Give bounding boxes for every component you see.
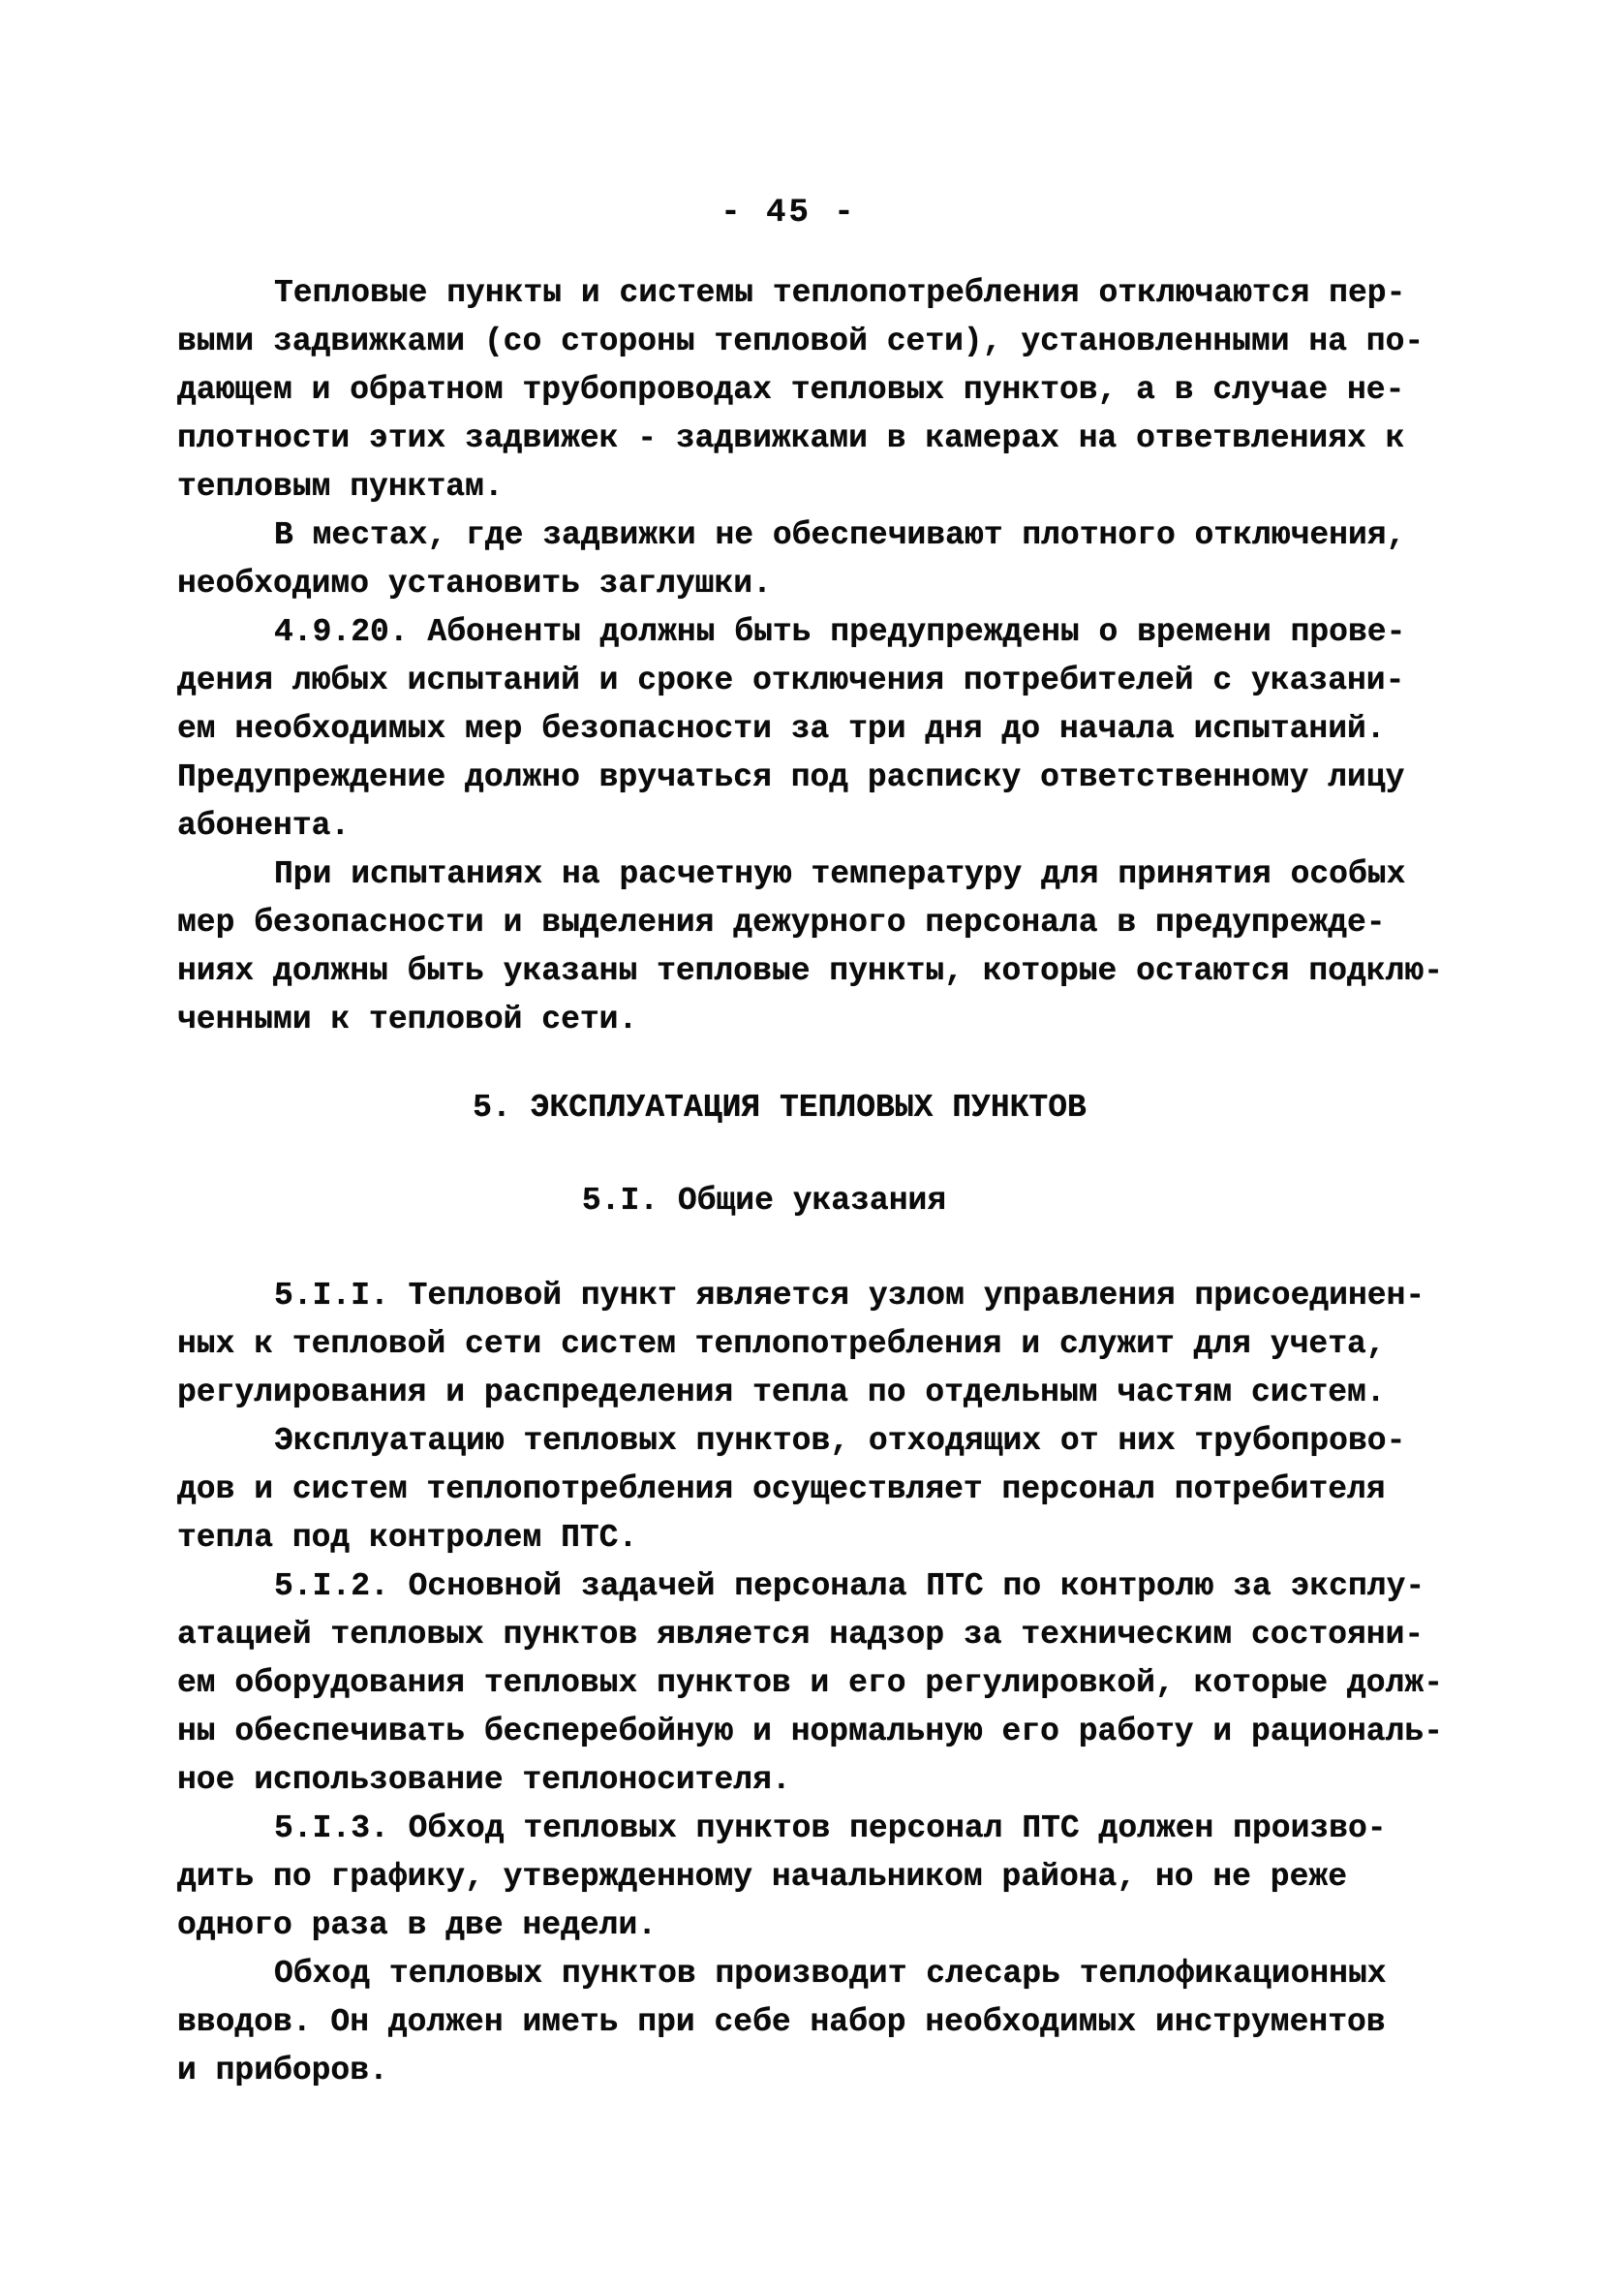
text-line: ниях должны быть указаны тепловые пункты… [177,947,1455,996]
text-line: 5.I.I. Тепловой пункт является узлом упр… [177,1272,1455,1320]
paragraph-clause-5-1-3: 5.I.3. Обход тепловых пунктов персонал П… [177,1805,1455,1950]
text-line: Тепловые пункты и системы теплопотреблен… [177,269,1455,318]
text-line: ченными к тепловой сети. [177,996,1455,1044]
page-number: - 45 - [0,194,1624,232]
text-line: 5.I.2. Основной задачей персонала ПТС по… [177,1562,1455,1611]
document-body: Тепловые пункты и системы теплопотреблен… [177,269,1455,2095]
paragraph: Эксплуатацию тепловых пунктов, отходящих… [177,1417,1455,1562]
paragraph-clause-5-1-1: 5.I.I. Тепловой пункт является узлом упр… [177,1272,1455,1417]
paragraph: При испытаниях на расчетную температуру … [177,850,1455,1044]
text-line: дающем и обратном трубопроводах тепловых… [177,366,1455,415]
paragraph: Тепловые пункты и системы теплопотреблен… [177,269,1455,511]
text-line: регулирования и распределения тепла по о… [177,1369,1455,1417]
text-line: дить по графику, утвержденному начальник… [177,1853,1455,1902]
text-line: вводов. Он должен иметь при себе набор н… [177,1998,1455,2047]
text-line: одного раза в две недели. [177,1902,1455,1950]
paragraph: Обход тепловых пунктов производит слесар… [177,1950,1455,2095]
text-line: Предупреждение должно вручаться под расп… [177,754,1455,802]
text-line: ем необходимых мер безопасности за три д… [177,705,1455,754]
text-line: 4.9.20. Абоненты должны быть предупрежде… [177,608,1455,657]
text-line: ное использование теплоносителя. [177,1756,1455,1805]
section-heading: 5.I. Общие указания [177,1177,1455,1225]
text-line: дов и систем теплопотребления осуществля… [177,1466,1455,1514]
text-line: В местах, где задвижки не обеспечивают п… [177,511,1455,560]
text-line: плотности этих задвижек - задвижками в к… [177,415,1455,463]
text-line: Эксплуатацию тепловых пунктов, отходящих… [177,1417,1455,1466]
text-line: 5.I.3. Обход тепловых пунктов персонал П… [177,1805,1455,1853]
text-line: тепловым пунктам. [177,463,1455,511]
text-line: ных к тепловой сети систем теплопотребле… [177,1320,1455,1369]
text-line: мер безопасности и выделения дежурного п… [177,899,1455,947]
text-line: дения любых испытаний и сроке отключения… [177,657,1455,705]
paragraph: В местах, где задвижки не обеспечивают п… [177,511,1455,608]
text-line: ны обеспечивать бесперебойную и нормальн… [177,1708,1455,1756]
text-line: ем оборудования тепловых пунктов и его р… [177,1659,1455,1708]
scanned-document-page: - 45 - Тепловые пункты и системы теплопо… [0,0,1624,2288]
text-line: выми задвижками (со стороны тепловой сет… [177,318,1455,366]
text-line: тепла под контролем ПТС. [177,1514,1455,1562]
paragraph-clause-4-9-20: 4.9.20. Абоненты должны быть предупрежде… [177,608,1455,850]
text-line: При испытаниях на расчетную температуру … [177,850,1455,899]
text-line: атацией тепловых пунктов является надзор… [177,1611,1455,1659]
text-line: Обход тепловых пунктов производит слесар… [177,1950,1455,1998]
chapter-heading: 5. ЭКСПЛУАТАЦИЯ ТЕПЛОВЫХ ПУНКТОВ [177,1084,1455,1132]
text-line: и приборов. [177,2047,1455,2095]
paragraph-clause-5-1-2: 5.I.2. Основной задачей персонала ПТС по… [177,1562,1455,1805]
text-line: абонента. [177,802,1455,850]
text-line: необходимо установить заглушки. [177,560,1455,608]
